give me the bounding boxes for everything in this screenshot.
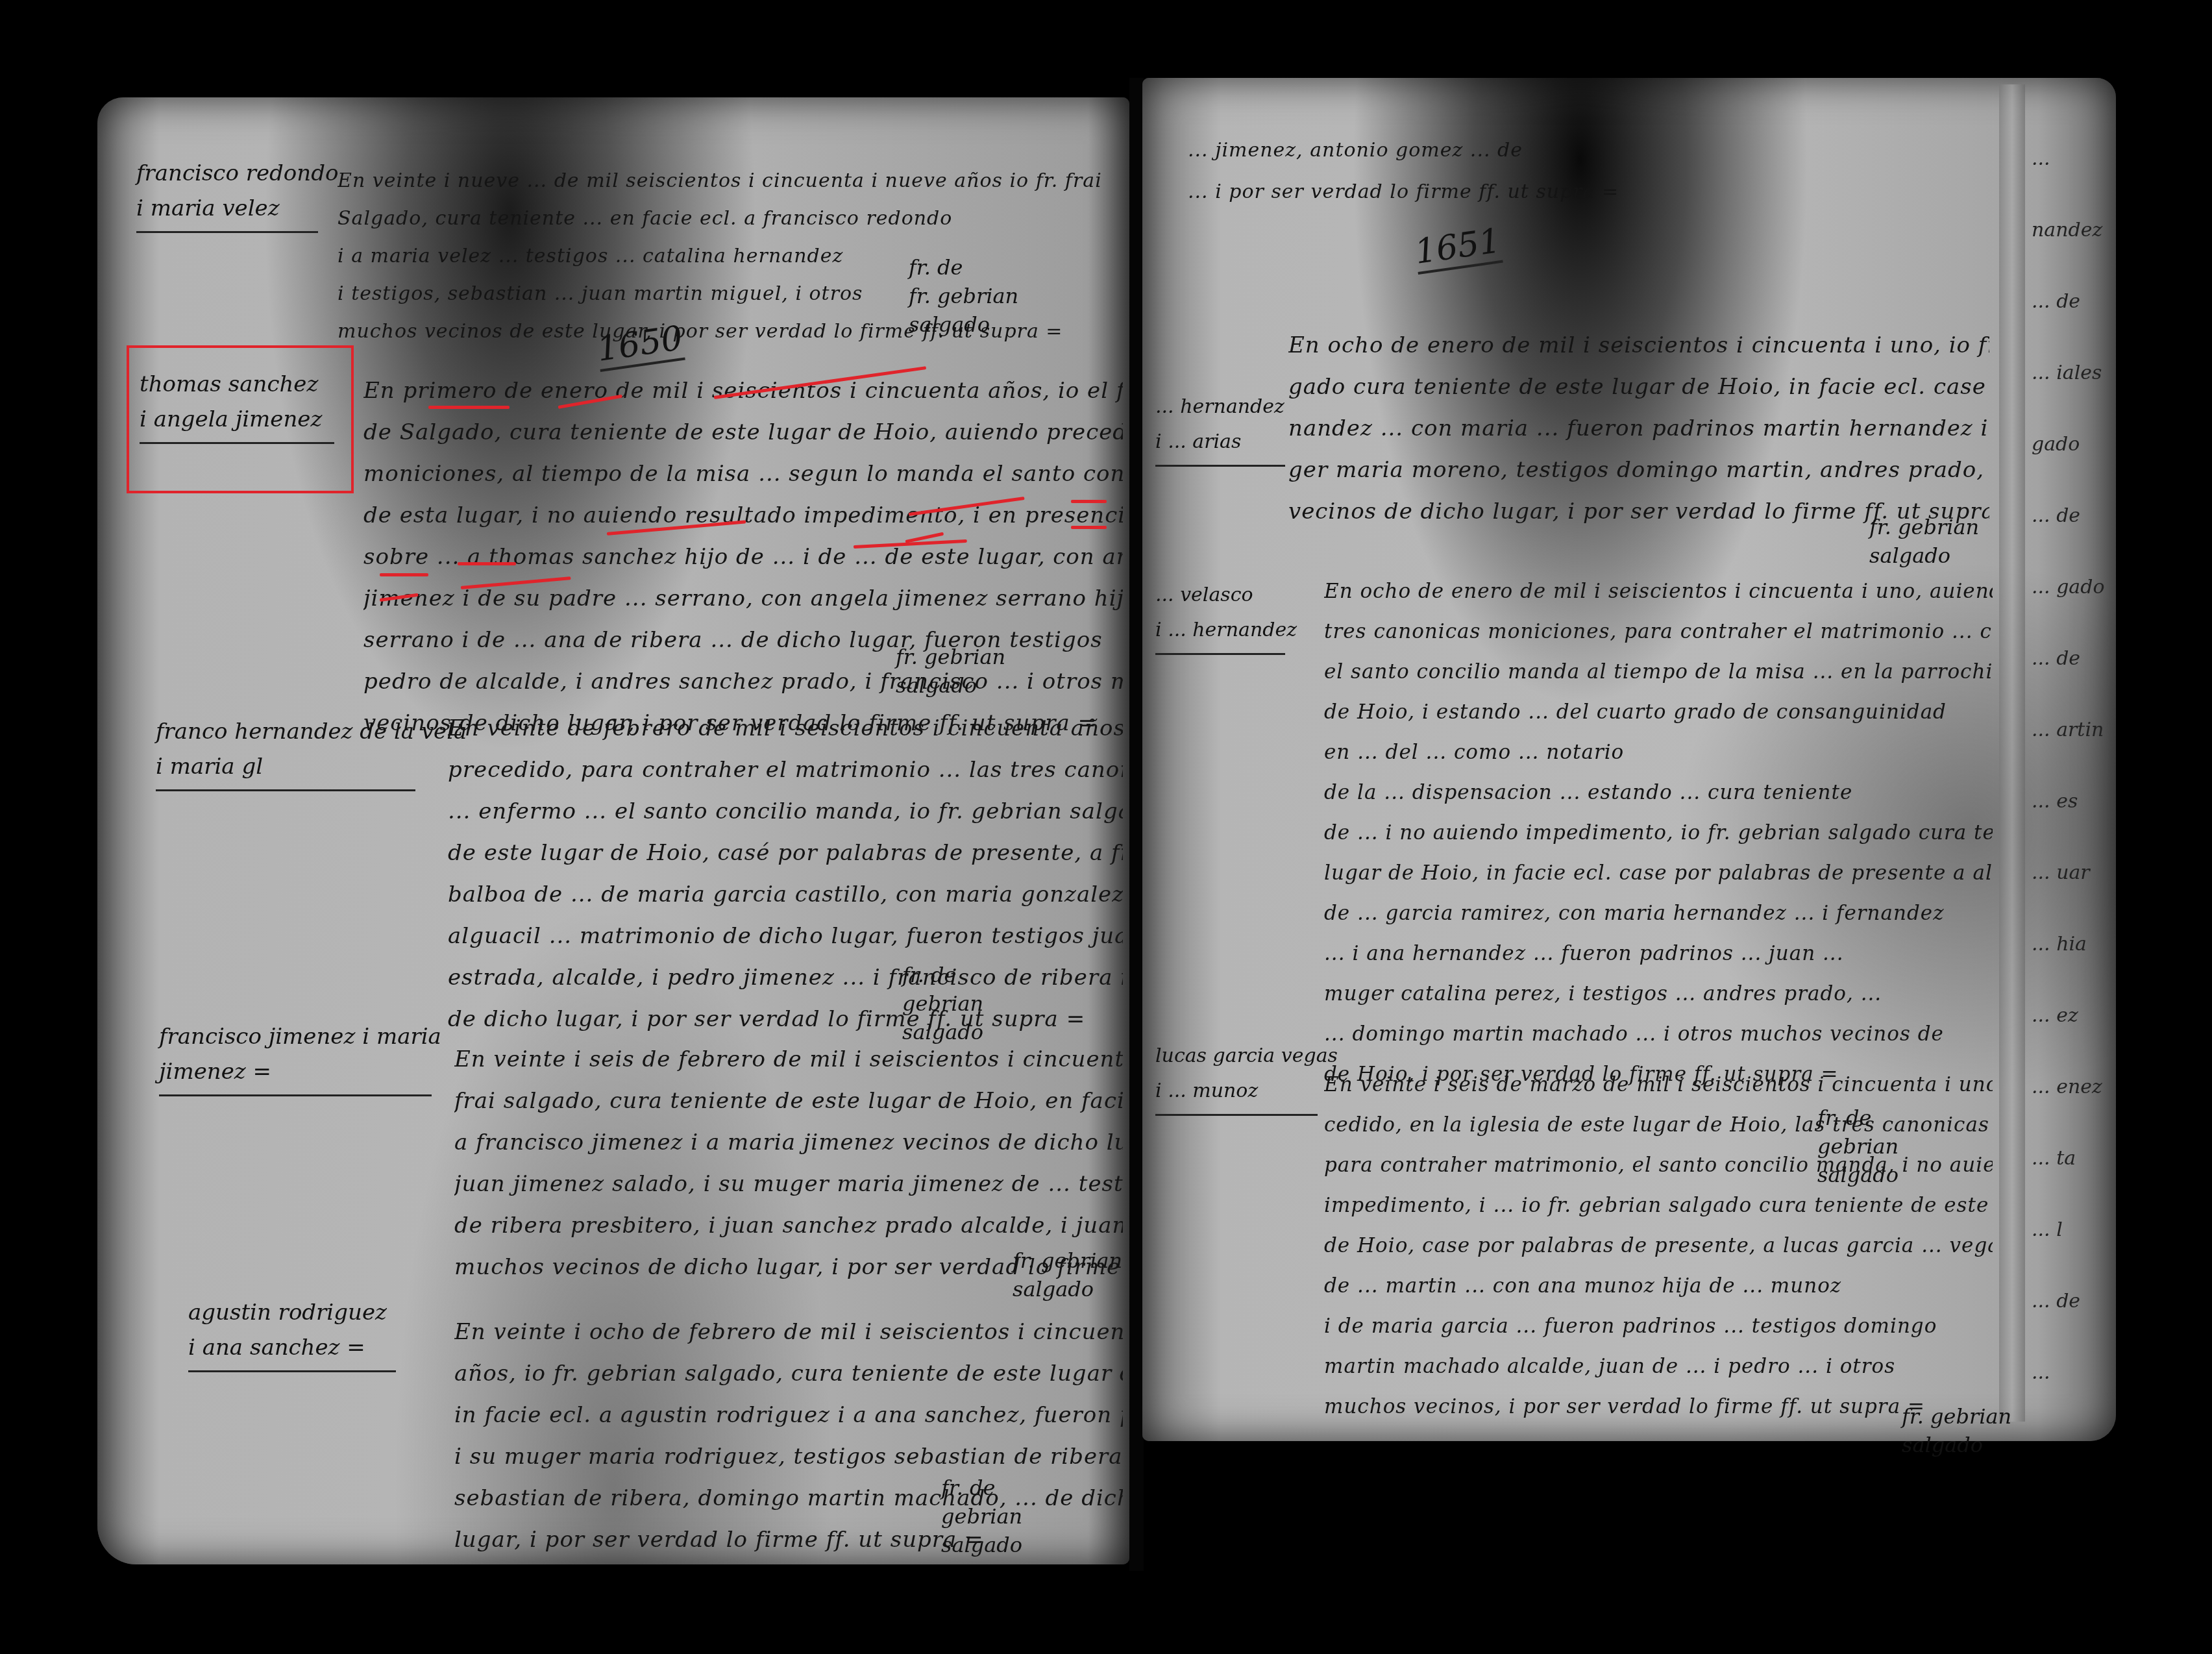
- bleed-text: ... de: [2032, 1266, 2109, 1337]
- signature-line: fr. de: [909, 253, 1018, 282]
- signature-right-entry-3: fr. gebrian salgado: [1902, 1402, 2011, 1459]
- entry-line: nandez ... con maria ... fueron padrinos…: [1288, 408, 1989, 449]
- bleed-text: ... artin: [2032, 695, 2109, 766]
- annotation-underline: [458, 562, 516, 565]
- page-fold-strip: [1999, 84, 2025, 1422]
- annotation-underline: [1071, 526, 1107, 529]
- signature-line: fr. de: [941, 1474, 1022, 1502]
- entry-line: En veinte i ocho de febrero de mil i sei…: [454, 1311, 1123, 1353]
- margin-note-right-entry-2: ... velasco i ... hernandez: [1155, 578, 1285, 655]
- signature-line: fr. de: [902, 961, 983, 989]
- entry-line: in facie ecl. a agustin rodriguez i a an…: [454, 1394, 1123, 1436]
- margin-name-1: ... hernandez: [1155, 389, 1285, 425]
- entry-line: ... i por ser verdad lo firme ff. ut sup…: [1188, 171, 1772, 213]
- margin-note-entry-4: francisco jimenez i maria jimenez =: [159, 1019, 432, 1096]
- annotation-underline: [428, 406, 510, 409]
- bleed-text: ... de: [2032, 623, 2109, 695]
- margin-name-1: franco hernandez de la vela: [156, 714, 415, 749]
- entry-line: Salgado, cura teniente ... en facie ecl.…: [338, 200, 1116, 238]
- signature-top-entry: fr. de fr. gebrian salgado: [909, 253, 1018, 339]
- entry-line: En veinte i seis de marzo de mil i seisc…: [1324, 1065, 1993, 1105]
- entry-line: el santo concilio manda al tiempo de la …: [1324, 652, 1993, 692]
- entry-line: ... jimenez, antonio gomez ... de: [1188, 130, 1772, 171]
- entry-line: ger maria moreno, testigos domingo marti…: [1288, 449, 1989, 491]
- entry-line: tres canonicas moniciones, para contrahe…: [1324, 611, 1993, 652]
- entry-3: En veinte de febrero de mil i seisciento…: [448, 708, 1123, 1040]
- margin-name-2: jimenez =: [159, 1054, 432, 1089]
- entry-line: de Salgado, cura teniente de este lugar …: [363, 412, 1123, 453]
- margin-note-right-entry-3: lucas garcia vegas i ... munoz: [1155, 1039, 1318, 1116]
- margin-name-2: i ... munoz: [1155, 1074, 1318, 1109]
- entry-line: martin machado alcalde, juan de ... i pe…: [1324, 1346, 1993, 1387]
- entry-line: En veinte de febrero de mil i seisciento…: [448, 708, 1123, 749]
- entry-line: para contraher matrimonio, el santo conc…: [1324, 1145, 1993, 1185]
- entry-line: serrano i de ... ana de ribera ... de di…: [363, 619, 1123, 661]
- entry-line: muchos vecinos, i por ser verdad lo firm…: [1324, 1387, 1993, 1427]
- signature-line: salgado: [1013, 1275, 1122, 1303]
- right-entry-3: En veinte i seis de marzo de mil i seisc…: [1324, 1065, 1993, 1427]
- margin-name-2: i ... arias: [1155, 425, 1285, 460]
- bleed-text: ...: [2032, 1337, 2109, 1409]
- bleed-text: ... hia: [2032, 909, 2109, 980]
- entry-line: i su muger maria rodriguez, testigos seb…: [454, 1436, 1123, 1477]
- margin-note-top-entry: francisco redondo i maria velez: [136, 156, 318, 233]
- entry-line: En ocho de enero de mil i seiscientos i …: [1324, 571, 1993, 611]
- signature-line: gebrian: [902, 989, 983, 1018]
- entry-line: impedimento, i ... io fr. gebrian salgad…: [1324, 1185, 1993, 1226]
- signature-line: fr. gebrian: [909, 282, 1018, 310]
- entry-line: cedido, en la iglesia de este lugar de H…: [1324, 1105, 1993, 1145]
- bleed-text: ... ez: [2032, 980, 2109, 1052]
- signature-line: gebrian: [941, 1502, 1022, 1531]
- entry-line: gado cura teniente de este lugar de Hoio…: [1288, 366, 1989, 408]
- margin-name-1: thomas sanchez: [140, 367, 334, 402]
- entry-line: precedido, para contraher el matrimonio …: [448, 749, 1123, 791]
- margin-name-1: lucas garcia vegas: [1155, 1039, 1318, 1074]
- annotation-underline: [380, 573, 428, 576]
- signature-entry-4: fr. gebrian salgado: [1013, 1246, 1122, 1303]
- entry-line: estrada, alcalde, i pedro jimenez ... i …: [448, 957, 1123, 998]
- margin-note-right-entry-1: ... hernandez i ... arias: [1155, 389, 1285, 467]
- entry-line: de ... i no auiendo impedimento, io fr. …: [1324, 813, 1993, 853]
- entry-line: i de maria garcia ... fueron padrinos ..…: [1324, 1306, 1993, 1346]
- signature-entry-3: fr. de gebrian salgado: [902, 961, 983, 1046]
- entry-line: de dicho lugar, i por ser verdad lo firm…: [448, 998, 1123, 1040]
- entry-line: En ocho de enero de mil i seiscientos i …: [1288, 325, 1989, 366]
- entry-line: En veinte i nueve ... de mil seiscientos…: [338, 162, 1116, 200]
- entry-line: juan jimenez salado, i su muger maria ji…: [454, 1163, 1123, 1205]
- entry-line: lugar, i por ser verdad lo firme ff. ut …: [454, 1519, 1123, 1561]
- bleed-text: ... de: [2032, 480, 2109, 552]
- entry-line: de este lugar de Hoio, casé por palabras…: [448, 832, 1123, 874]
- entry-line: ... i ana hernandez ... fueron padrinos …: [1324, 933, 1993, 974]
- entry-line: sobre ... a thomas sanchez hijo de ... i…: [363, 536, 1123, 578]
- entry-line: de Hoio, i estando ... del cuarto grado …: [1324, 692, 1993, 732]
- margin-name-1: agustin rodriguez: [188, 1295, 396, 1330]
- book-spine: [1129, 78, 1144, 1571]
- margin-name-2: i maria gl: [156, 749, 415, 784]
- bleed-text: ... l: [2032, 1194, 2109, 1266]
- signature-line: salgado: [896, 671, 1005, 700]
- margin-name-2: i ana sanchez =: [188, 1330, 396, 1365]
- entry-line: de la ... dispensacion ... estando ... c…: [1324, 772, 1993, 813]
- entry-line: alguacil ... matrimonio de dicho lugar, …: [448, 915, 1123, 957]
- margin-name-2: i maria velez: [136, 191, 318, 226]
- margin-name-1: francisco redondo: [136, 156, 318, 191]
- signature-right-entry-1: fr. gebrian salgado: [1869, 513, 1979, 570]
- signature-entry-5: fr. de gebrian salgado: [941, 1474, 1022, 1559]
- signature-line: salgado: [1869, 541, 1979, 570]
- entry-line: ... domingo martin machado ... i otros m…: [1324, 1014, 1993, 1054]
- signature-line: fr. gebrian: [1013, 1246, 1122, 1275]
- entry-line: sebastian de ribera, domingo martin mach…: [454, 1477, 1123, 1519]
- entry-line: En veinte i seis de febrero de mil i sei…: [454, 1039, 1123, 1080]
- entry-line: años, io fr. gebrian salgado, cura tenie…: [454, 1353, 1123, 1394]
- entry-line: ... enfermo ... el santo concilio manda,…: [448, 791, 1123, 832]
- entry-line: moniciones, al tiempo de la misa ... seg…: [363, 453, 1123, 495]
- entry-line: de ... garcia ramirez, con maria hernand…: [1324, 893, 1993, 933]
- entry-line: jimenez i de su padre ... serrano, con a…: [363, 578, 1123, 619]
- bleed-text: ... enez: [2032, 1052, 2109, 1123]
- entry-line: balboa de ... de maria garcia castillo, …: [448, 874, 1123, 915]
- signature-line: salgado: [1902, 1431, 2011, 1459]
- signature-line: fr. gebrian: [1902, 1402, 2011, 1431]
- bleed-text: ... nandez: [2032, 123, 2109, 266]
- right-entry-1: En ocho de enero de mil i seiscientos i …: [1288, 325, 1989, 532]
- entry-line: de Hoio, case por palabras de presente, …: [1324, 1226, 1993, 1266]
- margin-name-2: i angela jimenez: [140, 402, 334, 437]
- entry-line: de ribera presbitero, i juan sanchez pra…: [454, 1205, 1123, 1246]
- bleed-text: ... de: [2032, 266, 2109, 338]
- bleed-text: ... iales: [2032, 338, 2109, 409]
- margin-name-2: i ... hernandez: [1155, 613, 1285, 648]
- bleed-text: ... uar: [2032, 837, 2109, 909]
- bleed-text: gado: [2032, 409, 2109, 480]
- annotation-underline: [1071, 500, 1107, 503]
- bleed-text: ... ta: [2032, 1123, 2109, 1194]
- entry-5: En veinte i ocho de febrero de mil i sei…: [454, 1311, 1123, 1561]
- signature-line: fr. gebrian: [896, 643, 1005, 671]
- margin-name-1: francisco jimenez i maria: [159, 1019, 432, 1054]
- bleed-text: ... es: [2032, 766, 2109, 837]
- bleed-through-column: ... nandez ... de ... iales gado ... de …: [2032, 123, 2109, 1409]
- signature-line: salgado: [941, 1531, 1022, 1559]
- signature-highlighted-entry: fr. gebrian salgado: [896, 643, 1005, 700]
- entry-line: en ... del ... como ... notario: [1324, 732, 1993, 772]
- entry-line: a francisco jimenez i a maria jimenez ve…: [454, 1122, 1123, 1163]
- bleed-text: ... gado: [2032, 552, 2109, 623]
- entry-line: pedro de alcalde, i andres sanchez prado…: [363, 661, 1123, 702]
- entry-line: muger catalina perez, i testigos ... and…: [1324, 974, 1993, 1014]
- right-top-lines: ... jimenez, antonio gomez ... de ... i …: [1188, 130, 1772, 213]
- entry-line: de ... martin ... con ana munoz hija de …: [1324, 1266, 1993, 1306]
- entry-highlighted: En primero de enero de mil i seiscientos…: [363, 370, 1123, 744]
- margin-name-1: ... velasco: [1155, 578, 1285, 613]
- right-entry-2: En ocho de enero de mil i seiscientos i …: [1324, 571, 1993, 1094]
- entry-line: lugar de Hoio, in facie ecl. case por pa…: [1324, 853, 1993, 893]
- signature-line: fr. gebrian: [1869, 513, 1979, 541]
- margin-note-entry-5: agustin rodriguez i ana sanchez =: [188, 1295, 396, 1372]
- signature-line: salgado: [909, 310, 1018, 339]
- margin-note-highlighted-entry: thomas sanchez i angela jimenez: [140, 367, 334, 444]
- entry-line: frai salgado, cura teniente de este luga…: [454, 1080, 1123, 1122]
- margin-note-entry-3: franco hernandez de la vela i maria gl: [156, 714, 415, 791]
